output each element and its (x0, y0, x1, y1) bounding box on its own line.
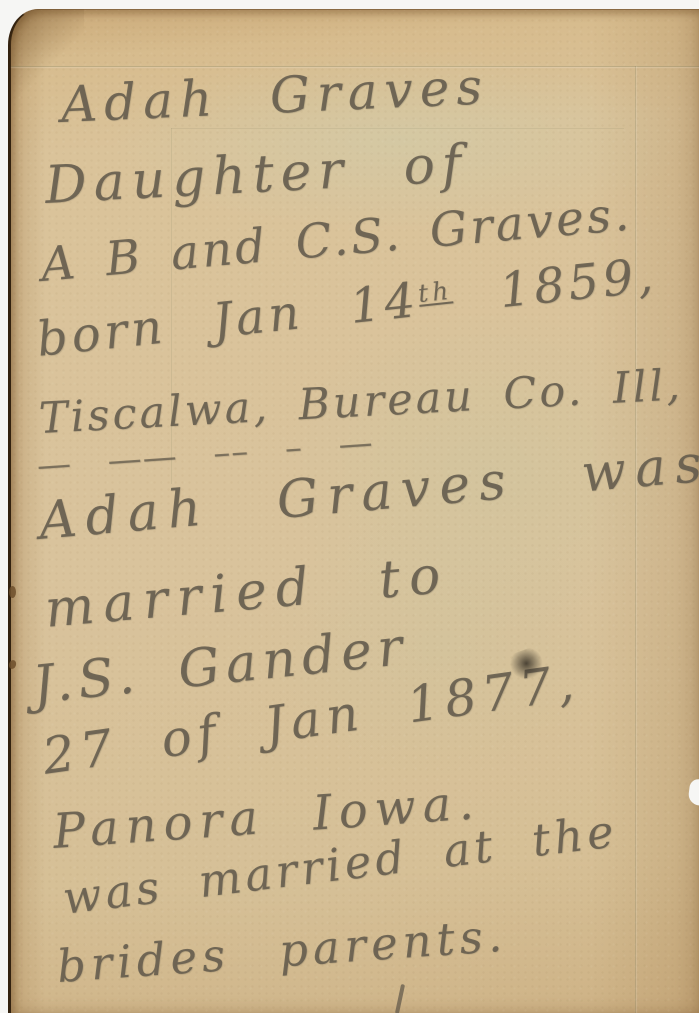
line-born-segment: th (417, 276, 454, 308)
line-name: Adah Graves (60, 57, 490, 134)
line-born-segment: 1859, (450, 247, 659, 324)
line-daughter-of: Daughter of (43, 134, 469, 216)
line-marriage-date-segment: 7 (516, 656, 562, 719)
line-brides-parents: brides parents. (55, 909, 508, 993)
scanned-document: Adah GravesDaughter ofA B and C.S. Grave… (0, 0, 699, 1013)
paper-page: Adah GravesDaughter ofA B and C.S. Grave… (8, 9, 699, 1013)
handwriting-lines: Adah GravesDaughter ofA B and C.S. Grave… (11, 10, 699, 1013)
